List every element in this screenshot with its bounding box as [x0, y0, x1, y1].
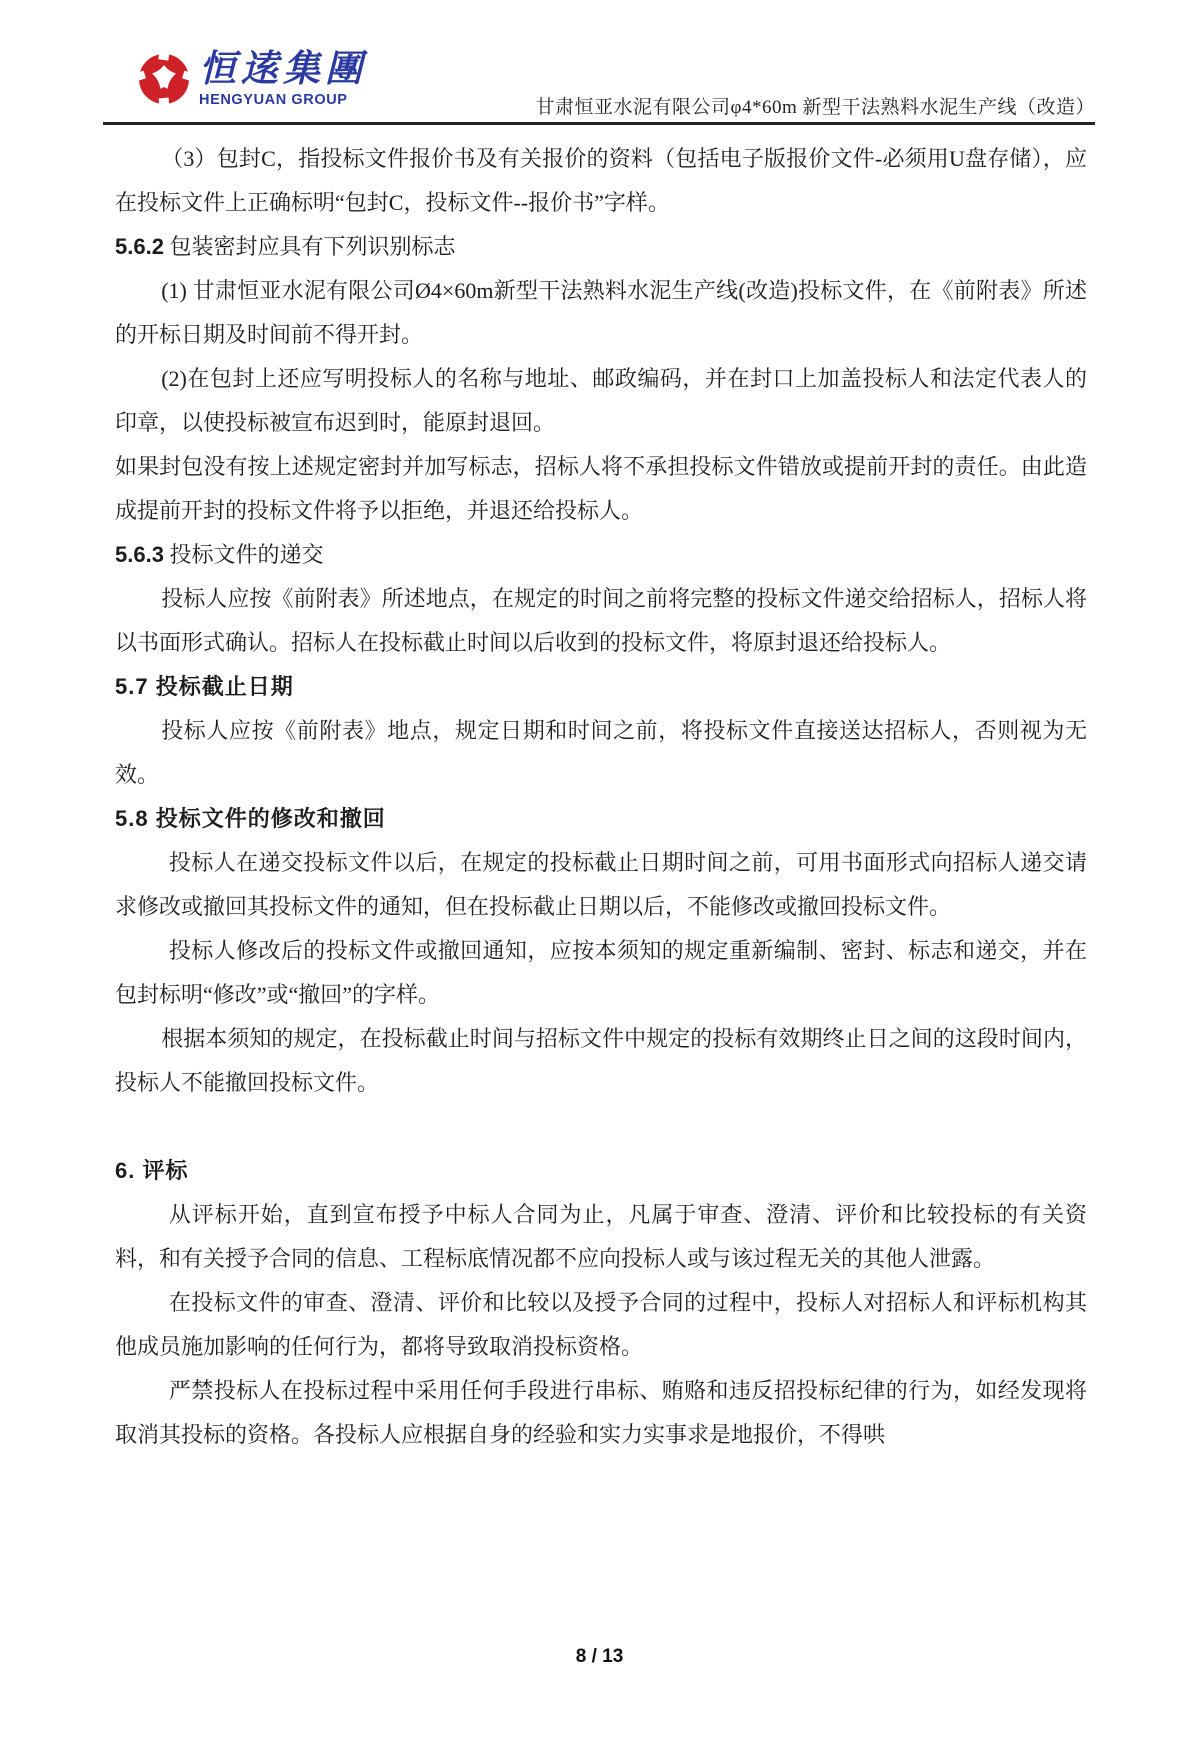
header-divider: [103, 122, 1095, 125]
paragraph: (1) 甘肃恒亚水泥有限公司Ø4×60m新型干法熟料水泥生产线(改造)投标文件，…: [115, 269, 1087, 357]
paragraph: 在投标文件的审查、澄清、评价和比较以及授予合同的过程中，投标人对招标人和评标机构…: [115, 1281, 1087, 1369]
section-heading-5-8: 5.8 投标文件的修改和撤回: [115, 797, 1087, 841]
paragraph: 从评标开始，直到宣布授予中标人合同为止，凡属于审查、澄清、评价和比较投标的有关资…: [115, 1193, 1087, 1281]
paragraph: （3）包封C，指投标文件报价书及有关报价的资料（包括电子版报价文件-必须用U盘存…: [115, 137, 1087, 225]
hengyuan-emblem-icon: [138, 50, 190, 106]
paragraph: 投标人应按《前附表》所述地点，在规定的时间之前将完整的投标文件递交给招标人，招标…: [115, 577, 1087, 665]
section-label: 投标文件的递交: [169, 542, 323, 567]
logo-text: 恒逺集團 HENGYUAN GROUP: [199, 50, 367, 108]
paragraph: 投标人修改后的投标文件或撤回通知，应按本须知的规定重新编制、密封、标志和递交，并…: [115, 929, 1087, 1017]
document-page: 恒逺集團 HENGYUAN GROUP 甘肃恒亚水泥有限公司φ4*60m 新型干…: [0, 0, 1199, 1746]
section-heading-5-6-2: 5.6.2 包装密封应具有下列识别标志: [115, 225, 1087, 269]
company-logo: 恒逺集團 HENGYUAN GROUP: [138, 50, 367, 108]
section-heading-6: 6. 评标: [115, 1149, 1087, 1193]
page-number: 8 / 13: [0, 1646, 1199, 1668]
paragraph: (2)在包封上还应写明投标人的名称与地址、邮政编码，并在封口上加盖投标人和法定代…: [115, 357, 1087, 445]
section-number: 5.6.3: [115, 542, 164, 567]
document-body: （3）包封C，指投标文件报价书及有关报价的资料（包括电子版报价文件-必须用U盘存…: [115, 137, 1087, 1457]
section-number: 5.6.2: [115, 234, 164, 259]
paragraph: 如果封包没有按上述规定密封并加写标志，招标人将不承担投标文件错放或提前开封的责任…: [115, 445, 1087, 533]
logo-chinese-name: 恒逺集團: [199, 50, 367, 91]
paragraph: 严禁投标人在投标过程中采用任何手段进行串标、贿赂和违反招投标纪律的行为，如经发现…: [115, 1369, 1087, 1457]
paragraph: 投标人应按《前附表》地点，规定日期和时间之前，将投标文件直接送达招标人，否则视为…: [115, 709, 1087, 797]
header-doc-title: 甘肃恒亚水泥有限公司φ4*60m 新型干法熟料水泥生产线（改造）: [536, 92, 1096, 119]
section-label: 包装密封应具有下列识别标志: [169, 234, 455, 259]
paragraph: 根据本须知的规定，在投标截止时间与招标文件中规定的投标有效期终止日之间的这段时间…: [115, 1017, 1087, 1105]
logo-english-name: HENGYUAN GROUP: [199, 92, 367, 108]
paragraph: 投标人在递交投标文件以后，在规定的投标截止日期时间之前，可用书面形式向招标人递交…: [115, 841, 1087, 929]
section-heading-5-7: 5.7 投标截止日期: [115, 665, 1087, 709]
section-heading-5-6-3: 5.6.3 投标文件的递交: [115, 533, 1087, 577]
